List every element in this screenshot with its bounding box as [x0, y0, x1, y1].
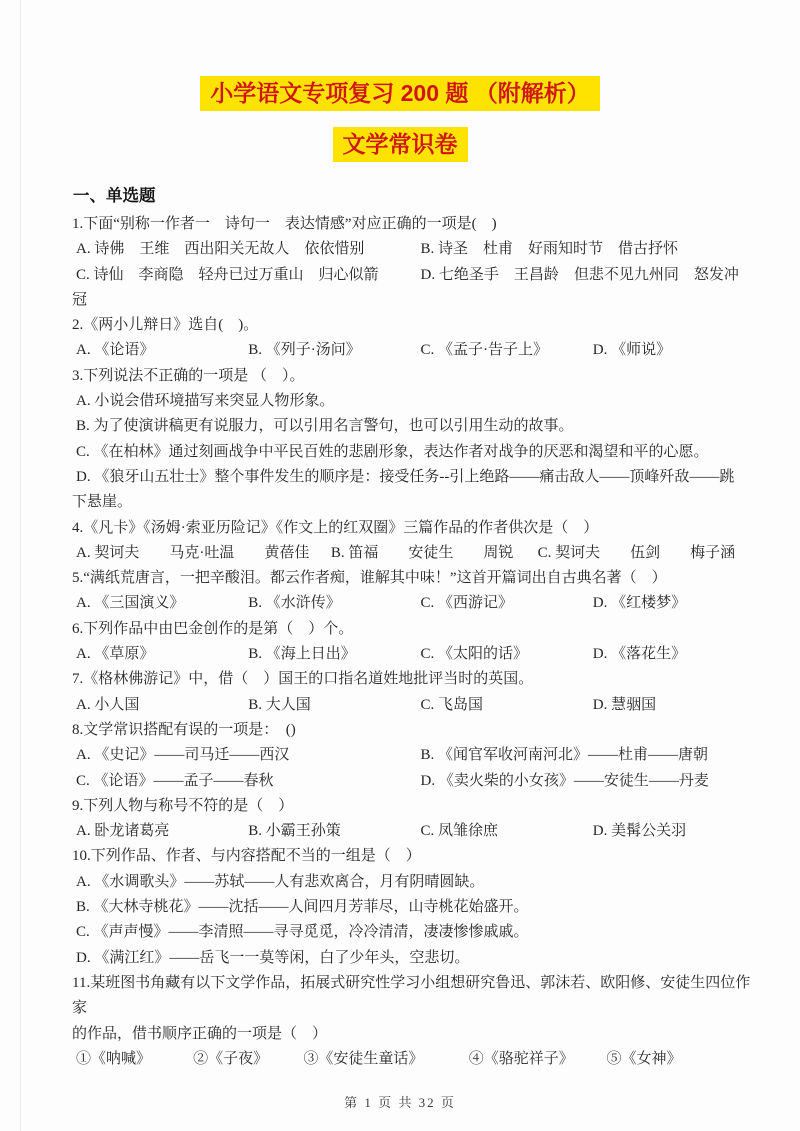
option-row: A. 卧龙诸葛亮B. 小霸王孙策C. 凤雏徐庶D. 美髯公关羽: [72, 819, 765, 844]
option-cell: C. 契诃夫 伍剑 梅子涵: [538, 541, 736, 566]
option-cell: B. 小霸王孙策: [248, 819, 420, 844]
question-stem: 6.下列作品中由巴金创作的是第（ ）个。: [72, 617, 765, 642]
option-cell: C. 《论语》——孟子——春秋: [76, 769, 421, 794]
question-stem: 7.《格林佛游记》中，借（ ）国王的口指名道姓地批评当时的英国。: [72, 667, 765, 692]
option-cell: C. 《孟子·告子上》: [421, 338, 593, 363]
question-stem: 5.“满纸荒唐言，一把辛酸泪。都云作者痴，谁解其中味！”这首开篇词出自古典名著（…: [72, 566, 765, 591]
question-stem: 1.下面“别称一作者一 诗句一 表达情感”对应正确的一项是( ): [72, 212, 765, 237]
option-cell: C. 《太阳的话》: [421, 642, 593, 667]
option-line: B. 为了使演讲稿更有说服力，可以引用名言警句，也可以引用生动的故事。: [72, 414, 765, 439]
question-stem: 9.下列人物与称号不符的是（ ）: [72, 794, 765, 819]
question-stem: 4.《凡卡》《汤姆·索亚历险记》《作文上的红双圈》三篇作品的作者供次是（ ）: [72, 516, 765, 541]
option-cell: A. 《史记》——司马迁——西汉: [76, 743, 421, 768]
doc-title: 小学语文专项复习 200 题 （附解析）: [200, 76, 600, 111]
question-list: 1.下面“别称一作者一 诗句一 表达情感”对应正确的一项是( )A. 诗佛 王维…: [72, 212, 765, 1072]
document-page: 小学语文专项复习 200 题 （附解析） 文学常识卷 一、单选题 1.下面“别称…: [0, 0, 800, 1131]
option-cell: C. 诗仙 李商隐 轻舟已过万重山 归心似箭: [76, 263, 421, 288]
option-cell: D. 美髯公关羽: [593, 819, 686, 844]
continuation-line: 冠: [72, 288, 765, 313]
page-footer: 第 1 页 共 32 页: [0, 1092, 800, 1111]
question-stem: 2.《两小儿辩日》选自( )。: [72, 313, 765, 338]
option-cell: D. 《卖火柴的小女孩》——安徒生——丹麦: [421, 769, 709, 794]
option-cell: B. 笛福 安徒生 周锐: [331, 541, 538, 566]
option-cell: A. 契诃夫 马克·吐温 黄蓓佳: [76, 541, 331, 566]
question-stem: 3.下列说法不正确的一项是 （ ）。: [72, 364, 765, 389]
option-cell: B. 诗圣 杜甫 好雨知时节 借古抒怀: [421, 237, 679, 262]
option-line: B. 《大林寺桃花》——沈括——人间四月芳菲尽，山寺桃花始盛开。: [72, 895, 765, 920]
option-cell: B. 《闻官军收河南河北》——杜甫——唐朝: [421, 743, 709, 768]
option-cell: ⑤《女神》: [607, 1047, 682, 1072]
doc-subtitle: 文学常识卷: [333, 127, 468, 162]
option-cell: ③《安徒生童话》: [303, 1047, 468, 1072]
continuation-line: 的作品，借书顺序正确的一项是（ ）: [72, 1022, 765, 1047]
question-stem: 10.下列作品、作者、与内容搭配不当的一组是（ ）: [72, 844, 765, 869]
option-cell: B. 大人国: [248, 693, 420, 718]
option-row: A. 小人国B. 大人国C. 飞岛国D. 慧骃国: [72, 693, 765, 718]
page-edge-line: [20, 0, 21, 1131]
option-line: A. 《水调歌头》——苏轼——人有悲欢离合，月有阴晴圆缺。: [72, 870, 765, 895]
option-line: A. 小说会借环境描写来突显人物形象。: [72, 389, 765, 414]
option-cell: A. 卧龙诸葛亮: [76, 819, 248, 844]
option-row: A. 诗佛 王维 西出阳关无故人 依依惜别B. 诗圣 杜甫 好雨知时节 借古抒怀: [72, 237, 765, 262]
option-cell: D. 《落花生》: [593, 642, 686, 667]
option-line: C. 《在柏林》通过刻画战争中平民百姓的悲剧形象，表达作者对战争的厌恶和渴望和平…: [72, 440, 765, 465]
option-line: D. 《满江红》——岳飞一一莫等闲，白了少年头，空悲切。: [72, 946, 765, 971]
option-row: C. 诗仙 李商隐 轻舟已过万重山 归心似箭D. 七绝圣手 王昌龄 但悲不见九州…: [72, 263, 765, 288]
option-cell: C. 飞岛国: [421, 693, 593, 718]
title-block: 小学语文专项复习 200 题 （附解析） 文学常识卷: [0, 0, 800, 162]
option-cell: A. 《论语》: [76, 338, 248, 363]
continuation-line: 下悬崖。: [72, 490, 765, 515]
option-cell: D. 《师说》: [593, 338, 671, 363]
option-cell: B. 《海上日出》: [248, 642, 420, 667]
option-cell: B. 《列子·汤问》: [248, 338, 420, 363]
section-heading: 一、单选题: [73, 182, 800, 206]
question-stem: 8.文学常识搭配有误的一项是： (): [72, 718, 765, 743]
option-row: A. 契诃夫 马克·吐温 黄蓓佳B. 笛福 安徒生 周锐C. 契诃夫 伍剑 梅子…: [72, 541, 765, 566]
option-cell: D. 慧骃国: [593, 693, 656, 718]
option-cell: C. 凤雏徐庶: [421, 819, 593, 844]
option-row: ①《呐喊》②《子夜》③《安徒生童话》④《骆驼祥子》⑤《女神》: [72, 1047, 765, 1072]
option-cell: C. 《西游记》: [421, 591, 593, 616]
option-row: C. 《论语》——孟子——春秋D. 《卖火柴的小女孩》——安徒生——丹麦: [72, 769, 765, 794]
option-cell: A. 《草原》: [76, 642, 248, 667]
option-cell: B. 《水浒传》: [248, 591, 420, 616]
option-cell: D. 七绝圣手 王昌龄 但悲不见九州同 怒发冲: [421, 263, 739, 288]
option-cell: A. 诗佛 王维 西出阳关无故人 依依惜别: [76, 237, 421, 262]
option-cell: ①《呐喊》: [76, 1047, 193, 1072]
option-row: A. 《草原》B. 《海上日出》C. 《太阳的话》D. 《落花生》: [72, 642, 765, 667]
option-cell: ④《骆驼祥子》: [469, 1047, 607, 1072]
question-stem: 11.某班图书角藏有以下文学作品，拓展式研究性学习小组想研究鲁迅、郭沫若、欧阳修…: [72, 971, 765, 1022]
option-cell: A. 《三国演义》: [76, 591, 248, 616]
option-row: A. 《三国演义》B. 《水浒传》C. 《西游记》D. 《红楼梦》: [72, 591, 765, 616]
option-line: C. 《声声慢》——李清照——寻寻觅觅，冷冷清清，凄凄惨惨戚戚。: [72, 920, 765, 945]
option-cell: D. 《红楼梦》: [593, 591, 686, 616]
option-line: D. 《狼牙山五壮士》整个事件发生的顺序是：接受任务--引上绝路——痛击敌人——…: [72, 465, 765, 490]
option-cell: A. 小人国: [76, 693, 248, 718]
option-cell: ②《子夜》: [193, 1047, 303, 1072]
option-row: A. 《史记》——司马迁——西汉B. 《闻官军收河南河北》——杜甫——唐朝: [72, 743, 765, 768]
option-row: A. 《论语》B. 《列子·汤问》C. 《孟子·告子上》D. 《师说》: [72, 338, 765, 363]
